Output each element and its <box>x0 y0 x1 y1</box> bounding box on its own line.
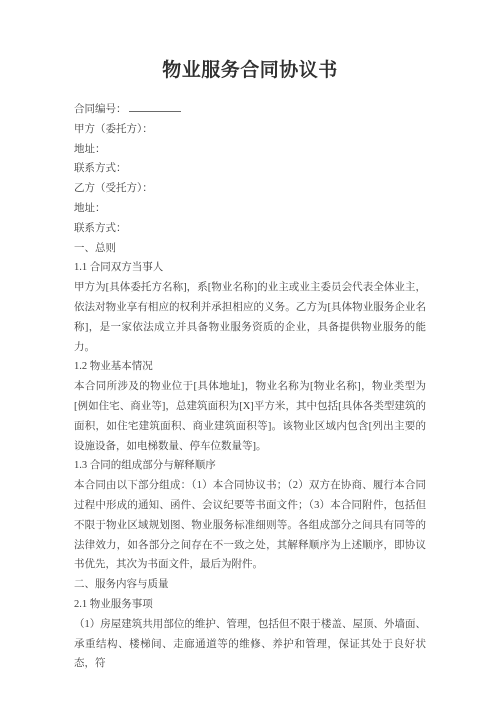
body-paragraph: （1）房屋建筑共用部位的维护、管理，包括但不限于楼盖、屋顶、外墙面、承重结构、楼… <box>74 615 426 674</box>
paragraph-text: 一、总则 <box>74 243 116 254</box>
field-label-line: 地址： <box>74 140 426 160</box>
paragraph-text: 联系方式： <box>74 223 127 234</box>
paragraph-text: 二、服务内容与质量 <box>74 579 169 590</box>
body-paragraph: 本合同由以下部分组成：（1）本合同协议书；（2）双方在协商、履行本合同过程中形成… <box>74 476 426 575</box>
section-heading: 二、服务内容与质量 <box>74 575 426 595</box>
subsection-heading: 1.2 物业基本情况 <box>74 357 426 377</box>
document-page: 物业服务合同协议书 合同编号：甲方（委托方）：地址：联系方式：乙方（受托方）：地… <box>0 0 500 707</box>
paragraph-text: 本合同由以下部分组成：（1）本合同协议书；（2）双方在协商、履行本合同过程中形成… <box>74 480 426 570</box>
paragraph-text: 1.3 合同的组成部分与解释顺序 <box>74 460 216 471</box>
paragraph-text: 甲方（委托方）： <box>74 124 153 135</box>
field-label-line: 联系方式： <box>74 159 426 179</box>
paragraph-text: 本合同所涉及的物业位于[具体地址]，物业名称为[物业名称]，物业类型为[例如住宅… <box>74 381 426 451</box>
body-paragraph: 本合同所涉及的物业位于[具体地址]，物业名称为[物业名称]，物业类型为[例如住宅… <box>74 377 426 456</box>
subsection-heading: 1.1 合同双方当事人 <box>74 258 426 278</box>
paragraph-text: 2.1 物业服务事项 <box>74 599 153 610</box>
field-label-line: 甲方（委托方）： <box>74 120 426 140</box>
field-label-line: 乙方（受托方）： <box>74 179 426 199</box>
blank-underline <box>129 102 181 112</box>
contract-number-line: 合同编号： <box>74 100 426 120</box>
document-body: 合同编号：甲方（委托方）：地址：联系方式：乙方（受托方）：地址：联系方式：一、总… <box>74 100 426 674</box>
field-label-line: 联系方式： <box>74 219 426 239</box>
subsection-heading: 1.3 合同的组成部分与解释顺序 <box>74 456 426 476</box>
paragraph-text: 地址： <box>74 144 106 155</box>
paragraph-text: 1.1 合同双方当事人 <box>74 262 163 273</box>
body-paragraph: 甲方为[具体委托方名称]，系[物业名称]的业主或业主委员会代表全体业主，依法对物… <box>74 278 426 357</box>
paragraph-text: 甲方为[具体委托方名称]，系[物业名称]的业主或业主委员会代表全体业主，依法对物… <box>74 282 426 352</box>
field-label-line: 地址： <box>74 199 426 219</box>
document-title: 物业服务合同协议书 <box>0 0 500 84</box>
paragraph-text: 地址： <box>74 203 106 214</box>
paragraph-text: 乙方（受托方）： <box>74 183 153 194</box>
subsection-heading: 2.1 物业服务事项 <box>74 595 426 615</box>
paragraph-text: 联系方式： <box>74 163 127 174</box>
section-heading: 一、总则 <box>74 239 426 259</box>
paragraph-text: （1）房屋建筑共用部位的维护、管理，包括但不限于楼盖、屋顶、外墙面、承重结构、楼… <box>74 619 426 670</box>
paragraph-text: 1.2 物业基本情况 <box>74 361 153 372</box>
paragraph-text: 合同编号： <box>74 104 127 115</box>
